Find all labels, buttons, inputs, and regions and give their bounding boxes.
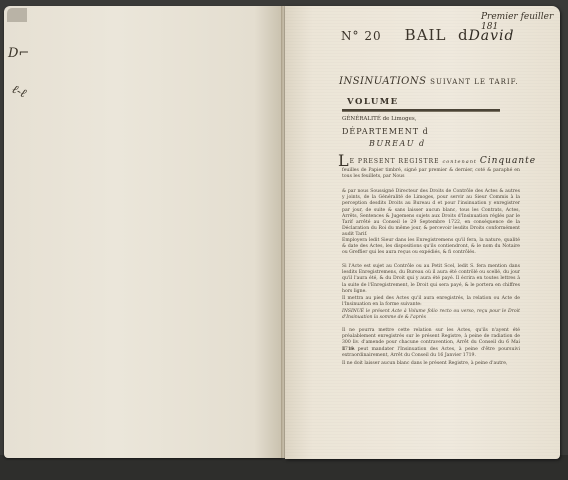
register-subtitle: INSINUATIONS SUIVANT LE TARIF. xyxy=(339,76,519,87)
left-margin-note-2: ℓ-ℓ xyxy=(9,82,28,102)
paragraph-8: Il ne doit laisser aucun blanc dans le p… xyxy=(342,361,520,367)
paragraph-2: Employera ledit Sieur dans les Enregistr… xyxy=(342,238,520,257)
left-margin-note-1: D⌐ xyxy=(8,46,29,61)
left-page: D⌐ ℓ-ℓ xyxy=(4,6,282,458)
paragraph-4: Il mettra au pied des Actes qu'il aura e… xyxy=(342,296,520,308)
header-rule xyxy=(342,109,500,112)
paragraph-1: & par nous Soussigné Directeur des Droit… xyxy=(342,189,520,239)
paragraph-5-formula: INSINUÉ le présent Acte à Volume folio r… xyxy=(342,309,520,321)
right-page: Premier feuiller 181 N° 20 BAIL dDavid I… xyxy=(285,6,560,459)
departement-line: DÉPARTEMENT d xyxy=(342,127,429,136)
register-heading-text: E PRESENT REGISTRE xyxy=(350,158,440,165)
left-page-corner-shadow xyxy=(7,8,27,22)
contenant-word: contenant xyxy=(443,159,477,165)
subtitle-insinuations: INSINUATIONS xyxy=(339,76,426,87)
subtitle-tarif: SUIVANT LE TARIF. xyxy=(430,78,518,86)
volume-label: VOLUME xyxy=(347,97,399,107)
register-handwritten-name: David xyxy=(469,28,515,44)
register-of: d xyxy=(458,26,469,44)
paragraph-7: Il ne peut mandater l'Insinuation des Ac… xyxy=(342,347,520,359)
generalite-line: GÉNÉRALITÉ de Limoges, xyxy=(342,116,416,122)
paragraph-3: Si l'Acte est sujet au Contrôle ou au Pe… xyxy=(342,264,520,295)
bureau-line: BUREAU d xyxy=(369,139,426,148)
register-label: BAIL xyxy=(405,26,447,44)
register-title: N° 20 BAIL dDavid xyxy=(341,26,515,44)
handwritten-leaf-count: Cinquante xyxy=(480,156,536,166)
register-heading-continuation: feuilles de Papier timbré, signé par pre… xyxy=(342,168,520,180)
register-number: N° 20 xyxy=(341,29,382,43)
